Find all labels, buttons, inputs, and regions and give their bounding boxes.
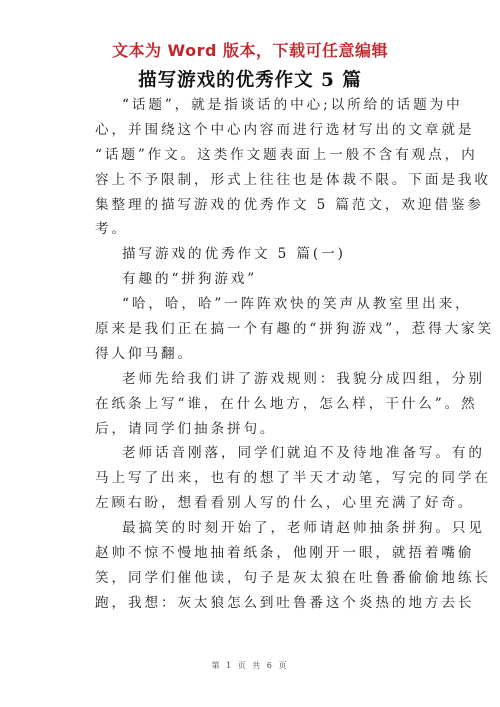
body-line: “哈，哈，哈”一阵阵欢快的笑声从教室里出来， (95, 292, 413, 317)
body-line: 在纸条上写“谁，在什么地方，怎么样，干什么”。然 (95, 392, 413, 417)
body-line: 心，并围绕这个中心内容而进行选材写出的文章就是 (95, 118, 413, 143)
body-line: 考。 (95, 217, 413, 242)
body-line: 得人仰马翻。 (95, 342, 413, 367)
body-line: 集整理的描写游戏的优秀作文 5 篇范文，欢迎借鉴参 (95, 193, 413, 218)
body-line: 马上写了出来，也有的想了半天才动笔，写完的同学在 (95, 466, 413, 491)
body-line: 笑，同学们催他读，句子是灰太狼在吐鲁番偷偷地练长 (95, 566, 413, 591)
section-heading: 描写游戏的优秀作文 5 篇(一) (95, 242, 413, 267)
body-line: 原来是我们正在搞一个有趣的“拼狗游戏”，惹得大家笑 (95, 317, 413, 342)
body-line: “话题”，就是指谈话的中心;以所给的话题为中 (95, 93, 413, 118)
page-number-footer: 第 1 页 共 6 页 (0, 660, 500, 671)
editable-notice-banner: 文本为 Word 版本，下载可任意编辑 (0, 38, 500, 61)
essay-subtitle: 有趣的“拼狗游戏” (95, 267, 413, 292)
body-line: 跑，我想：灰太狼怎么到吐鲁番这个炎热的地方去长 (95, 591, 413, 616)
document-title: 描写游戏的优秀作文 5 篇 (0, 66, 500, 92)
body-line: 最搞笑的时刻开始了，老师请赵帅抽条拼狗。只见 (95, 516, 413, 541)
body-line: 容上不予限制，形式上往往也是体裁不限。下面是我收 (95, 168, 413, 193)
body-line: 左顾右盼，想看看别人写的什么，心里充满了好奇。 (95, 491, 413, 516)
body-line: 老师先给我们讲了游戏规则：我貌分成四组，分别 (95, 367, 413, 392)
body-line: “话题”作文。这类作文题表面上一般不含有观点，内 (95, 143, 413, 168)
document-body: “话题”，就是指谈话的中心;以所给的话题为中 心，并围绕这个中心内容而进行选材写… (95, 93, 413, 616)
body-line: 老师话音刚落，同学们就迫不及待地准备写。有的 (95, 441, 413, 466)
body-line: 赵帅不惊不慢地抽着纸条，他刚开一眼，就捂着嘴偷 (95, 541, 413, 566)
document-page: 文本为 Word 版本，下载可任意编辑 描写游戏的优秀作文 5 篇 “话题”，就… (0, 0, 500, 707)
body-line: 后，请同学们抽条拼句。 (95, 417, 413, 442)
